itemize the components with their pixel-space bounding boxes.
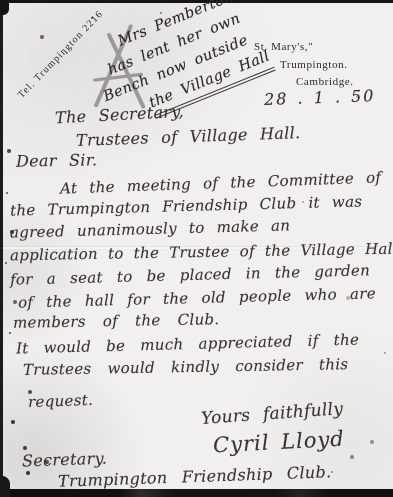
body-line: It would be much appreciated if the [16, 331, 360, 358]
footer-line: Secretary. [22, 449, 108, 471]
scanned-letter-page: Tel. Trumpington 2216 St. Mary's," Trump… [0, 0, 393, 497]
scan-corner-bottom-left [0, 476, 10, 497]
body-line: members of the Club. [13, 310, 220, 332]
letterhead-address-line-2: Trumpington. [280, 59, 348, 71]
scan-edge-left [0, 0, 3, 497]
body-line: agreed unanimously to make an [10, 216, 291, 241]
letter-date: 28 . 1 . 50 [264, 86, 376, 109]
signature: Cyril Lloyd [212, 427, 345, 458]
body-line: of the hall for the old people who are [18, 284, 376, 311]
body-line: application to the Trustee of the Villag… [10, 240, 393, 265]
body-line: request. [28, 391, 94, 411]
scan-corner-top-left [0, 0, 9, 15]
recipient-line: Trustees of Village Hall. [76, 123, 301, 150]
valediction: Yours faithfully [200, 399, 343, 429]
body-line: Trustees would kindly consider this [23, 355, 349, 379]
recipient-line: The Secretary, [55, 102, 185, 128]
salutation: Dear Sir. [16, 150, 98, 170]
body-line: for a seat to be placed in the garden [10, 261, 370, 288]
